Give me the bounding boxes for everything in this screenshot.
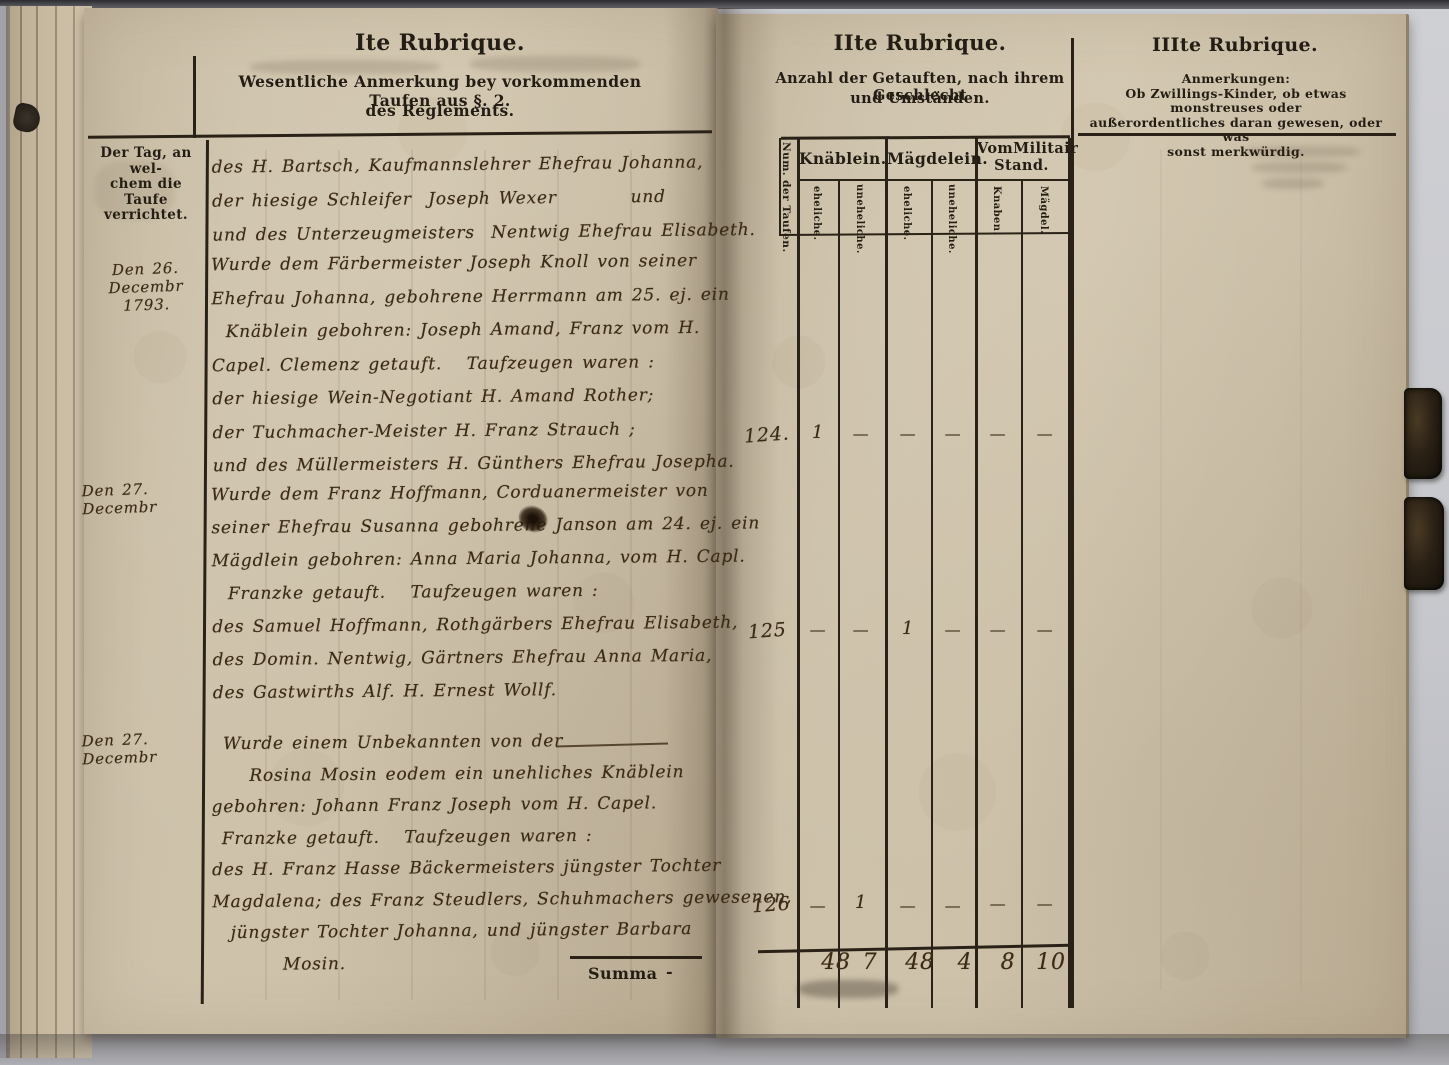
entry-line: Mägdlein gebohren: Anna Maria Johanna, v… [212,541,719,578]
table-group-militair-line1: VomMilitair [977,140,1066,157]
summa-value: 7 [848,950,892,975]
book-scan-scene: Ite Rubrique. Wesentliche Anmerkung bey … [0,0,1449,1065]
cell-value: — [886,896,930,915]
rubric1-title: Ite Rubrique. [250,30,630,56]
entry-line: des H. Bartsch, Kaufmannslehrer Ehefrau … [211,145,713,184]
entry3-text: Wurde einem Unbekannten von der Rosina M… [211,725,725,981]
row-number: 126 [751,893,791,918]
summa-dash: - [666,962,673,981]
rubric2-title: IIte Rubrique. [770,30,1070,55]
entry-line: Capel. Clemenz getauft. Taufzeugen waren… [212,345,717,383]
table-column-rule [1021,181,1023,1008]
row-number: 124. [743,422,790,447]
table-group-militair-line2: Stand. [977,157,1066,174]
entry-line: des Samuel Hoffmann, Rothgärbers Ehefrau… [212,607,719,644]
summa-value: 8 [986,950,1030,975]
entry2-date: Den 27. Decembr [81,478,214,519]
bleed-line [1160,150,1162,990]
cell-value: — [796,896,840,915]
bleed-text-smudge [250,60,440,74]
entry-line: Wurde dem Franz Hoffmann, Corduanermeist… [211,475,718,512]
table-subcolumn-label: eheliche. [901,186,912,236]
carryover-entry: des H. Bartsch, Kaufmannslehrer Ehefrau … [211,145,714,252]
book-bottom-shadow [0,1034,1449,1065]
entry-line: Magdalena; des Franz Steudlers, Schuhmac… [212,882,724,918]
cell-value: 1 [796,422,840,443]
entry-line: Wurde dem Färbermeister Joseph Knoll von… [211,245,716,283]
table-column-rule [885,138,888,1008]
entry2-text: Wurde dem Franz Hoffmann, Corduanermeist… [211,475,720,710]
cell-value: — [976,894,1020,913]
table-column-rule [838,181,840,1008]
bleed-text-smudge [470,56,640,72]
entry1-text: Wurde dem Färbermeister Joseph Knoll von… [211,245,718,484]
cell-value: — [839,620,883,639]
rubric3-underline [1078,133,1396,136]
entry-line: Franzke getauft. Taufzeugen waren : [212,819,724,855]
entry-line: Ehefrau Johanna, gebohrene Herrmann am 2… [211,278,716,316]
cell-value: — [1023,424,1067,443]
cell-value: 1 [839,892,883,913]
entry-date-line: Den 27. Decembr [81,728,216,769]
rubric2-subtitle-line2: und Umständen. [752,90,1088,107]
table-column-rule [931,181,933,1008]
table-subcolumn-label: Mägdel. [1038,186,1049,236]
cell-value: — [1023,620,1067,639]
cell-value: — [931,424,975,443]
summa-value: 48 [898,950,942,975]
cell-value: — [976,424,1020,443]
entry1-date: Den 26. Decembr 1793. [81,258,211,316]
entry-line: der Tuchmacher-Meister H. Franz Strauch … [212,412,717,450]
entry-line: seiner Ehefrau Susanna gebohrene Janson … [211,508,718,545]
entry-line: gebohren: Johann Franz Joseph vom H. Cap… [211,788,723,824]
table-num-column-label: Num. der Taufen. [780,142,792,254]
entry-date-line: Den 27. Decembr [81,478,214,519]
bleed-text-smudge [1245,146,1360,157]
cell-value: 1 [886,618,930,639]
summa-rule-left [570,956,702,959]
entry3-date: Den 27. Decembr [81,728,216,769]
cell-value: — [839,424,883,443]
rubric3-subtitle: Anmerkungen: Ob Zwillings-Kinder, ob etw… [1080,72,1392,159]
table-column-rule [1068,138,1071,1008]
table-subcolumn-label: eheliche. [811,186,822,236]
row-number: 125 [747,619,787,644]
entry-line: Rosina Mosin eodem ein unehliches Knäble… [211,756,723,792]
entry-line: Franzke getauft. Taufzeugen waren : [212,574,719,611]
header-left-rule [193,56,196,138]
table-group-maegdelein: Mägdelein. [887,149,973,168]
rubric1-subtitle-line2: des Reglements. [205,101,675,120]
entry-line: der hiesige Wein-Negotiant H. Amand Roth… [212,379,717,417]
rubric-divider-rule [1071,38,1074,1008]
summa-value: 4 [943,950,987,975]
bleed-text-smudge [1262,178,1324,189]
book-clasp-top [1404,388,1442,479]
summa-label: Summa [588,964,657,983]
entry-line: des H. Franz Hasse Bäckermeisters jüngst… [212,851,724,887]
entry-line: Knäblein gebohren: Joseph Amand, Franz v… [212,312,717,350]
rubric3-subtitle-line: Ob Zwillings-Kinder, ob etwas monstreuse… [1080,87,1392,116]
bleed-line [1300,150,1302,990]
table-group-militair: VomMilitair Stand. [977,140,1066,174]
cell-value: — [886,424,930,443]
entry-line: jüngster Tochter Johanna, und jüngster B… [213,914,725,950]
cell-value: — [796,620,840,639]
cell-value: — [976,620,1020,639]
ink-smudge [798,980,898,998]
table-subcolumn-label: uneheliche. [854,184,865,238]
table-column-rule [975,138,978,1008]
table-column-rule [797,138,800,1008]
entry-date-line: Den 26. Decembr [81,258,210,298]
bleed-text-smudge [95,160,175,220]
table-subcolumn-label: uneheliche. [946,184,957,238]
entry-line: der hiesige Schleifer Joseph Wexer und [212,179,714,218]
book-clasp-bottom [1404,497,1444,590]
entry-line: des Gastwirths Alf. H. Ernest Wollf. [213,673,720,710]
rubric3-title: IIIte Rubrique. [1090,34,1380,56]
cell-value: — [931,896,975,915]
page-stack-left-edge [0,6,92,1058]
summa-value: 10 [1029,950,1073,975]
rubric3-subtitle-line: Anmerkungen: [1080,72,1392,87]
table-group-knaeblein: Knäblein. [799,149,883,168]
cell-value: — [931,620,975,639]
cell-value: — [1023,894,1067,913]
table-subcolumn-label: Knaben. [991,186,1002,236]
entry-line: des Domin. Nentwig, Gärtners Ehefrau Ann… [212,640,719,677]
rubric3-subtitle-line: außerordentliches daran gewesen, oder wa… [1080,116,1392,145]
